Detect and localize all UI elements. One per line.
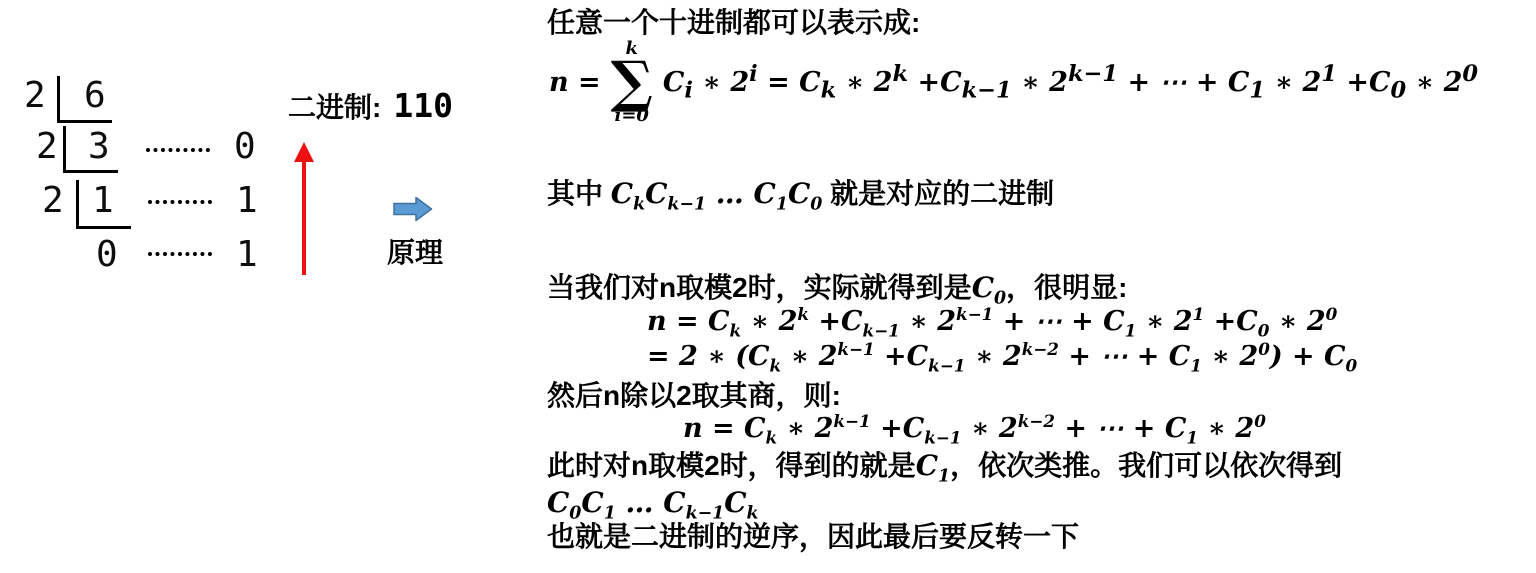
remainder: 0 [234,129,256,165]
quotient: 0 [96,237,118,273]
right-arrow-icon [393,196,433,222]
factored-formula: = 2 ∗ (Ck ∗ 2k−1 +Ck−1 ∗ 2k−2 + ⋯ + C1 ∗… [647,340,1357,376]
induction-line: 此时对n取模2时，得到的就是C1，依次类推。我们可以依次得到 [547,449,1342,487]
expanded-formula: n = Ck ∗ 2k +Ck−1 ∗ 2k−1 + ⋯ + C1 ∗ 21 +… [647,305,1337,341]
dotted-leader [148,200,212,204]
formula-rhs: Ci ∗ 2i = Ck ∗ 2k +Ck−1 ∗ 2k−1 + ⋯ + C1 … [663,61,1478,103]
up-arrow-shaft [302,160,306,275]
principle-label: 原理 [387,236,443,270]
up-arrow-icon [294,142,314,162]
math-segment: C0 [972,271,1006,304]
quotient-formula: n = Ck ∗ 2k−1 +Ck−1 ∗ 2k−2 + ⋯ + C1 ∗ 20 [683,412,1266,448]
text-segment: ，依次类推。我们可以依次得到 [950,450,1342,481]
text-segment: 其中 [547,178,611,209]
math-segment: CkCk−1 … C1C0 [611,177,823,210]
text-segment: 此时对n取模2时，得到的就是 [547,450,916,481]
text-segment: 就是对应的二进制 [822,178,1054,209]
divisor: 2 [36,129,58,165]
text-segment: 也就是二进制的逆序，因此最后要反转一下 [547,521,1079,552]
mod-line: 当我们对n取模2时，实际就得到是C0，很明显: [547,271,1127,309]
sigma-lower-limit: i=0 [615,107,649,125]
quotient: 1 [92,183,114,219]
quotient: 3 [88,129,110,165]
reverse-line: 也就是二进制的逆序，因此最后要反转一下 [547,520,1079,554]
divisor: 2 [42,183,64,219]
quotient: 6 [84,78,106,114]
text-segment: ，很明显: [1006,272,1127,303]
binary-result-label: 二进制: 110 [288,86,453,126]
binary-value: 110 [393,89,453,122]
where-line: 其中 CkCk−1 … C1C0 就是对应的二进制 [547,177,1054,215]
text-segment: 然后n除以2取其商，则: [547,380,841,411]
remainder: 1 [236,183,258,219]
dotted-leader [148,252,212,256]
remainder: 1 [236,237,258,273]
text-segment: 当我们对n取模2时，实际就得到是 [547,272,972,303]
dotted-leader [146,148,210,152]
binary-caption: 二进制: [288,86,381,126]
sigma-block: k ∑ i=0 [611,40,653,125]
sum-formula: n = k ∑ i=0 Ci ∗ 2i = Ck ∗ 2k +Ck−1 ∗ 2k… [549,40,1478,125]
math-segment: C1 [916,449,950,482]
formula-lhs: n = [549,67,601,98]
divide-line: 然后n除以2取其商，则: [547,379,841,413]
sigma-icon: ∑ [611,58,653,107]
sequence-line: C0C1 … Ck−1Ck [547,486,759,524]
heading: 任意一个十进制都可以表示成: [547,6,920,40]
divisor: 2 [24,78,46,114]
binary-conversion-slide: 2 6 2 3 0 2 1 1 0 1 二进制: 110 原理 任意一个十进制都… [0,0,1536,573]
math-segment: C0C1 … Ck−1Ck [547,486,759,519]
